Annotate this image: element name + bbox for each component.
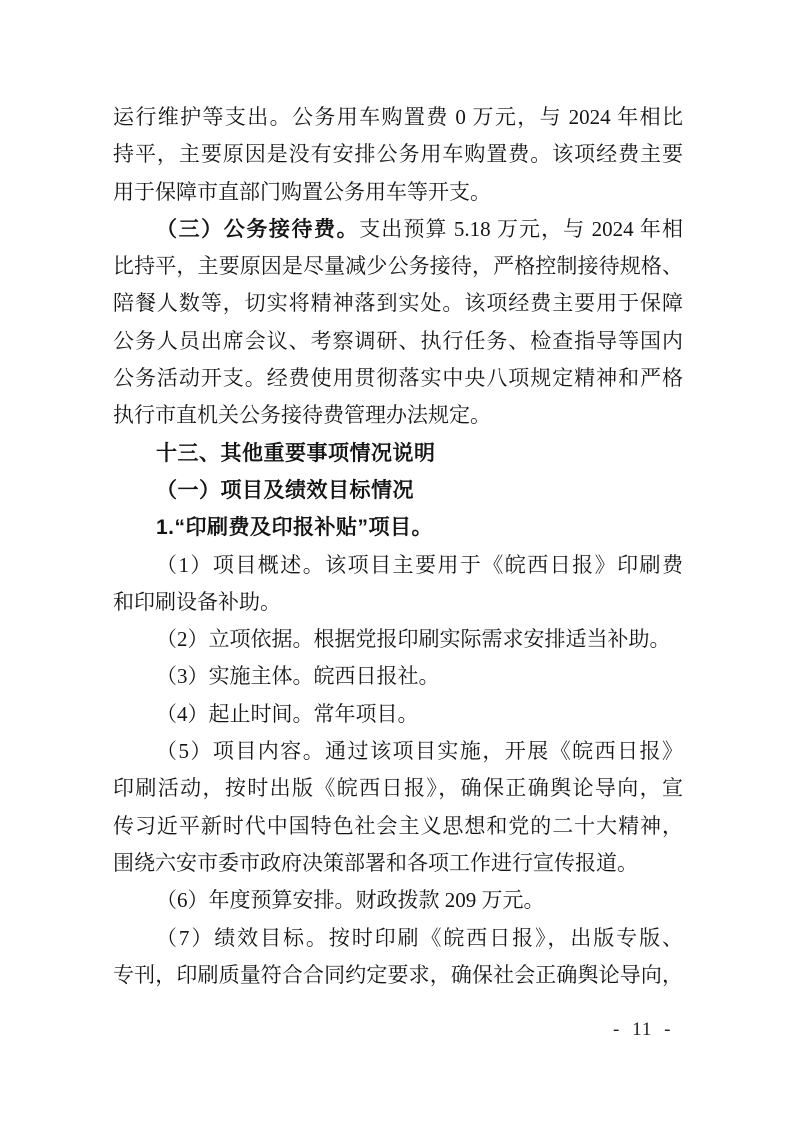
- body-text: （6）年度预算安排。财政拨款 209 万元。: [156, 888, 545, 912]
- text-line: 陪餐人数等，切实将精神落到实处。该项经费主要用于保障: [113, 285, 683, 322]
- body-text: 执行市直机关公务接待费管理办法规定。: [113, 403, 491, 427]
- body-text: （1）项目概述。该项目主要用于《皖西日报》印刷费: [156, 553, 683, 577]
- text-line: 印刷活动，按时出版《皖西日报》，确保正确舆论导向，宣: [113, 770, 683, 807]
- bold-text: 十三、其他重要事项情况说明: [156, 442, 436, 465]
- text-line: 围绕六安市委市政府决策部署和各项工作进行宣传报道。: [113, 845, 683, 882]
- document-page: 运行维护等支出。公务用车购置费 0 万元，与 2024 年相比持平，主要原因是没…: [0, 0, 793, 1122]
- body-text: 持平，主要原因是没有安排公务用车购置费。该项经费主要: [113, 142, 683, 166]
- body-text: 比持平，主要原因是尽量减少公务接待，严格控制接待规格、: [113, 254, 683, 278]
- body-text: （2）立项依据。根据党报印刷实际需求安排适当补助。: [156, 627, 671, 651]
- document-body: 运行维护等支出。公务用车购置费 0 万元，与 2024 年相比持平，主要原因是没…: [113, 99, 683, 994]
- text-line: 持平，主要原因是没有安排公务用车购置费。该项经费主要: [113, 136, 683, 173]
- body-text: 公务人员出席会议、考察调研、执行任务、检查指导等国内: [113, 329, 683, 353]
- text-line: （三）公务接待费。支出预算 5.18 万元，与 2024 年相: [113, 211, 683, 248]
- text-line: 公务人员出席会议、考察调研、执行任务、检查指导等国内: [113, 323, 683, 360]
- text-line: （6）年度预算安排。财政拨款 209 万元。: [113, 882, 683, 919]
- text-line: （5）项目内容。通过该项目实施，开展《皖西日报》: [113, 733, 683, 770]
- bold-text: （三）公务接待费。: [156, 218, 359, 241]
- text-line: 比持平，主要原因是尽量减少公务接待，严格控制接待规格、: [113, 248, 683, 285]
- bold-text: 1.“印刷费及印报补贴”项目。: [156, 516, 433, 539]
- body-text: （3）实施主体。皖西日报社。: [156, 664, 440, 688]
- body-text: 印刷活动，按时出版《皖西日报》，确保正确舆论导向，宣: [113, 776, 683, 800]
- body-text: 公务活动开支。经费使用贯彻落实中央八项规定精神和严格: [113, 366, 683, 390]
- text-line: 和印刷设备补助。: [113, 584, 683, 621]
- text-line: （3）实施主体。皖西日报社。: [113, 658, 683, 695]
- text-line: 用于保障市直部门购置公务用车等开支。: [113, 174, 683, 211]
- body-text: 运行维护等支出。公务用车购置费 0 万元，与 2024 年相比: [113, 105, 683, 129]
- heading-line: （一）项目及绩效目标情况: [113, 472, 683, 509]
- body-text: 专刊，印刷质量符合合同约定要求，确保社会正确舆论导向，: [113, 963, 683, 987]
- text-line: （1）项目概述。该项目主要用于《皖西日报》印刷费: [113, 547, 683, 584]
- text-line: （2）立项依据。根据党报印刷实际需求安排适当补助。: [113, 621, 683, 658]
- body-text: 陪餐人数等，切实将精神落到实处。该项经费主要用于保障: [113, 291, 683, 315]
- text-line: 执行市直机关公务接待费管理办法规定。: [113, 397, 683, 434]
- text-line: 运行维护等支出。公务用车购置费 0 万元，与 2024 年相比: [113, 99, 683, 136]
- bold-text: （一）项目及绩效目标情况: [156, 479, 414, 502]
- text-line: 公务活动开支。经费使用贯彻落实中央八项规定精神和严格: [113, 360, 683, 397]
- text-line: （7）绩效目标。按时印刷《皖西日报》，出版专版、: [113, 920, 683, 957]
- body-text: （7）绩效目标。按时印刷《皖西日报》，出版专版、: [156, 926, 683, 950]
- heading-line: 十三、其他重要事项情况说明: [113, 435, 683, 472]
- body-text: 用于保障市直部门购置公务用车等开支。: [113, 180, 491, 204]
- text-line: （4）起止时间。常年项目。: [113, 696, 683, 733]
- body-text: 支出预算 5.18 万元，与 2024 年相: [359, 217, 683, 241]
- heading-line: 1.“印刷费及印报补贴”项目。: [113, 509, 683, 546]
- body-text: 围绕六安市委市政府决策部署和各项工作进行宣传报道。: [113, 851, 638, 875]
- body-text: （5）项目内容。通过该项目实施，开展《皖西日报》: [156, 739, 683, 763]
- body-text: 传习近平新时代中国特色社会主义思想和党的二十大精神，: [113, 814, 683, 838]
- page-number: - 11 -: [613, 1019, 671, 1041]
- text-line: 传习近平新时代中国特色社会主义思想和党的二十大精神，: [113, 808, 683, 845]
- body-text: 和印刷设备补助。: [113, 590, 281, 614]
- text-line: 专刊，印刷质量符合合同约定要求，确保社会正确舆论导向，: [113, 957, 683, 994]
- body-text: （4）起止时间。常年项目。: [156, 702, 419, 726]
